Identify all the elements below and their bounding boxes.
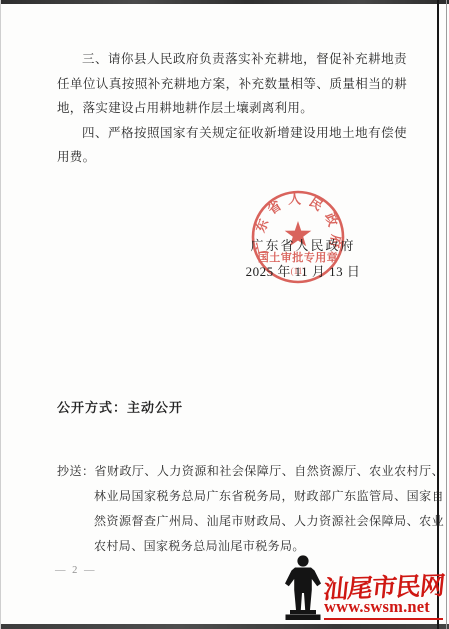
signature-date: 2025 年 11 月 13 日	[232, 264, 374, 280]
paragraph-item-4: 四、严格按照国家有关规定征收新增建设用地土地有偿使用费。	[57, 121, 407, 170]
paragraph-item-3: 三、请你县人民政府负责落实补充耕地，督促补充耕地责任单位认真按照补充耕地方案，补…	[57, 47, 407, 121]
cc-text: 省财政厅、人力资源和社会保障厅、自然资源厅、农业农村厅、林业局国家税务总局广东省…	[94, 464, 444, 553]
document-body: 三、请你县人民政府负责落实补充耕地，督促补充耕地责任单位认真按照补充耕地方案，补…	[57, 47, 407, 170]
disclosure-method: 公开方式：主动公开	[57, 397, 183, 416]
cc-block: 抄送：省财政厅、人力资源和社会保障厅、自然资源厅、农业农村厅、林业局国家税务总局…	[57, 459, 444, 559]
scan-edge-bottom	[0, 624, 449, 629]
cc-label: 抄送：	[57, 464, 94, 478]
page-number: — 2 —	[55, 565, 97, 576]
scan-border-right	[446, 0, 447, 629]
swsm-watermark: 汕尾市民网 www.swsm.net	[281, 554, 443, 624]
scan-edge-top	[0, 0, 449, 4]
signing-authority: 广东省人民政府	[232, 238, 374, 254]
watermark-site-url: www.swsm.net	[324, 597, 443, 620]
signature-block: 广东省人民政府 2025 年 11 月 13 日	[232, 238, 374, 280]
scan-border-left	[0, 0, 1, 629]
person-silhouette-icon	[281, 554, 326, 622]
